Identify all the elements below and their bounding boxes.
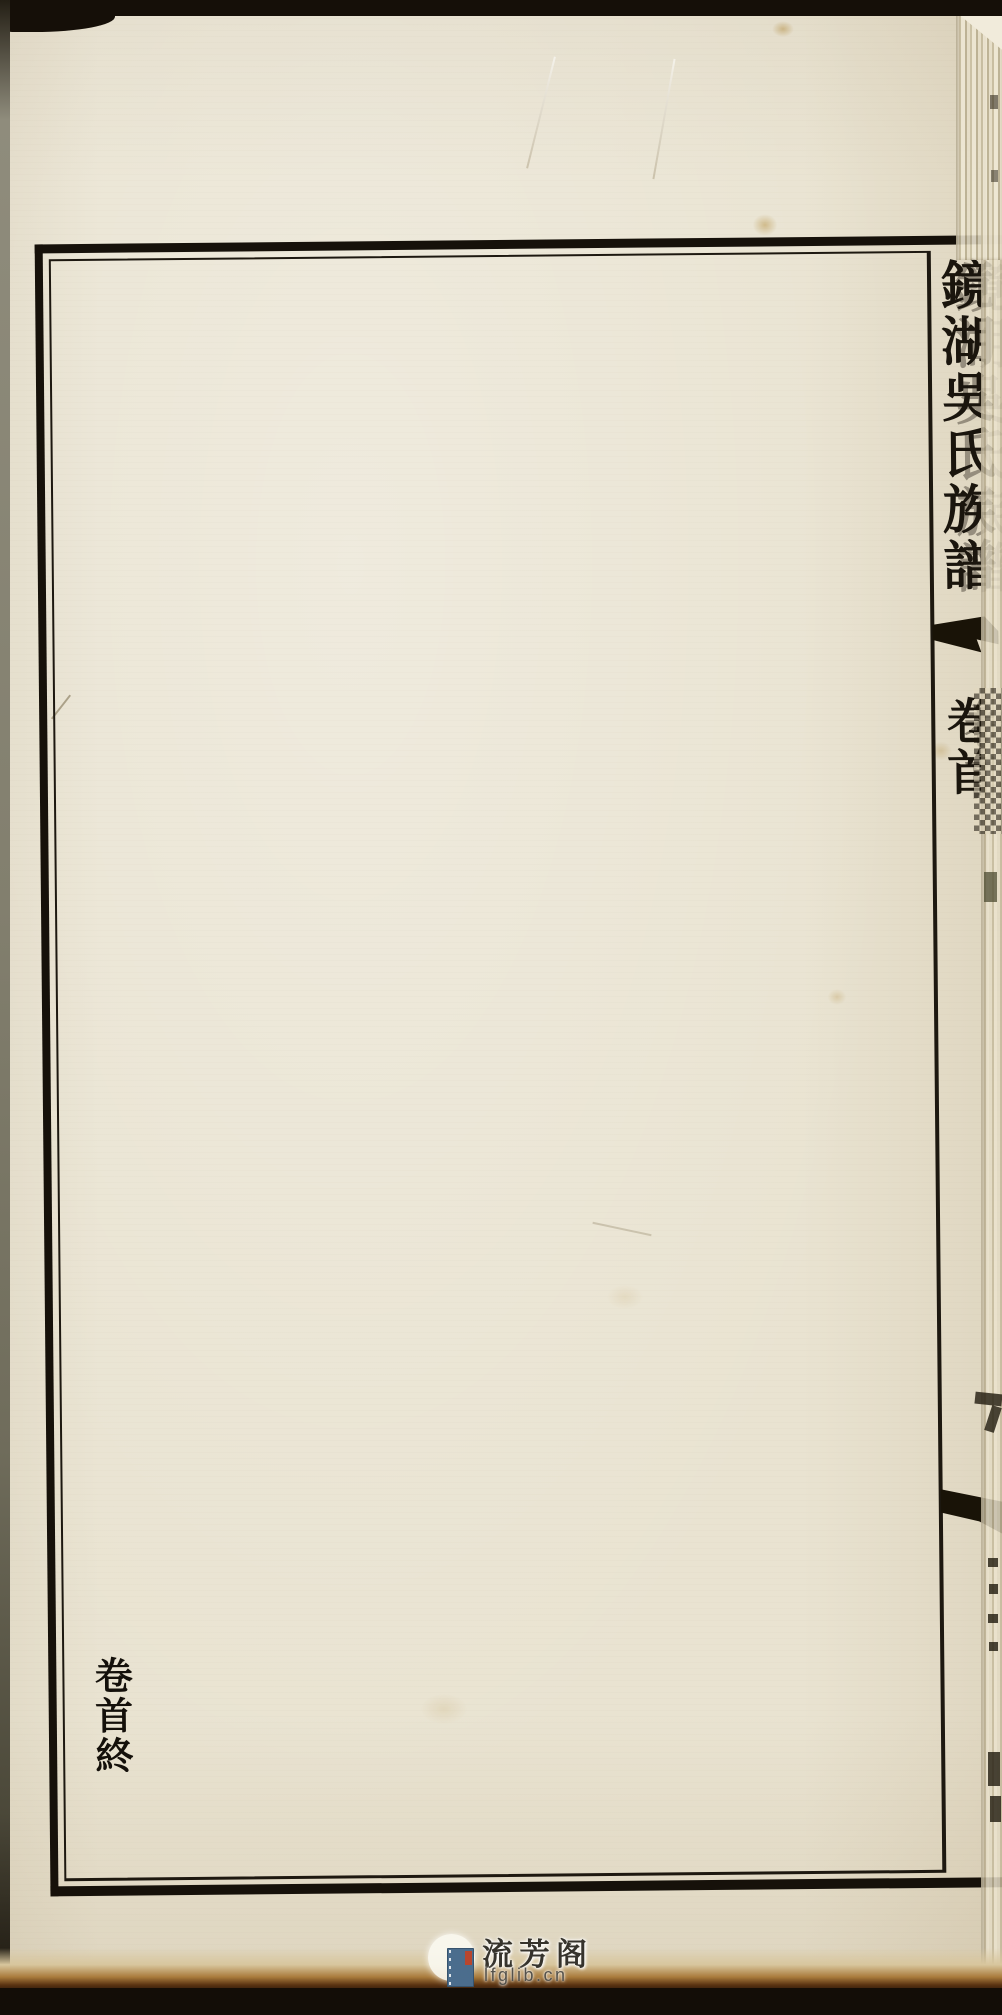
ink-fragment xyxy=(989,1642,998,1651)
printed-layer: 鏡湖吳氏族譜 卷首 卷首終 xyxy=(0,0,1002,2015)
ink-fragment xyxy=(988,1752,1000,1786)
inner-border-frame xyxy=(49,251,947,1881)
watermark: 流芳阁 lfglib.cn xyxy=(420,1925,630,1991)
watermark-site-url: lfglib.cn xyxy=(484,1965,568,1986)
page-edge-ink-ghost xyxy=(974,688,1002,834)
book-red-label-icon xyxy=(465,1951,472,1965)
scanned-genealogy-page: 鏡湖吳氏族譜 卷首 卷首終 流芳阁 lfglib.cn xyxy=(0,0,1002,2015)
ink-fragment xyxy=(984,872,997,902)
scan-edge-top xyxy=(0,0,1002,16)
book-stitch-icon xyxy=(449,1950,451,1985)
end-of-volume-marker: 卷首終 xyxy=(88,1656,129,1786)
ink-fragment xyxy=(988,1614,998,1623)
watermark-badge xyxy=(428,1934,475,1981)
ink-fragment xyxy=(991,170,998,182)
scan-edge-bottom xyxy=(0,1988,1002,2015)
ink-fragment xyxy=(990,1796,1001,1822)
book-logo-icon xyxy=(447,1948,474,1987)
scan-edge-left xyxy=(0,0,10,2015)
page-edge-striations xyxy=(981,0,1002,1993)
ink-fragment xyxy=(990,95,998,109)
ink-fragment xyxy=(988,1558,998,1567)
ink-fragment xyxy=(989,1584,998,1594)
